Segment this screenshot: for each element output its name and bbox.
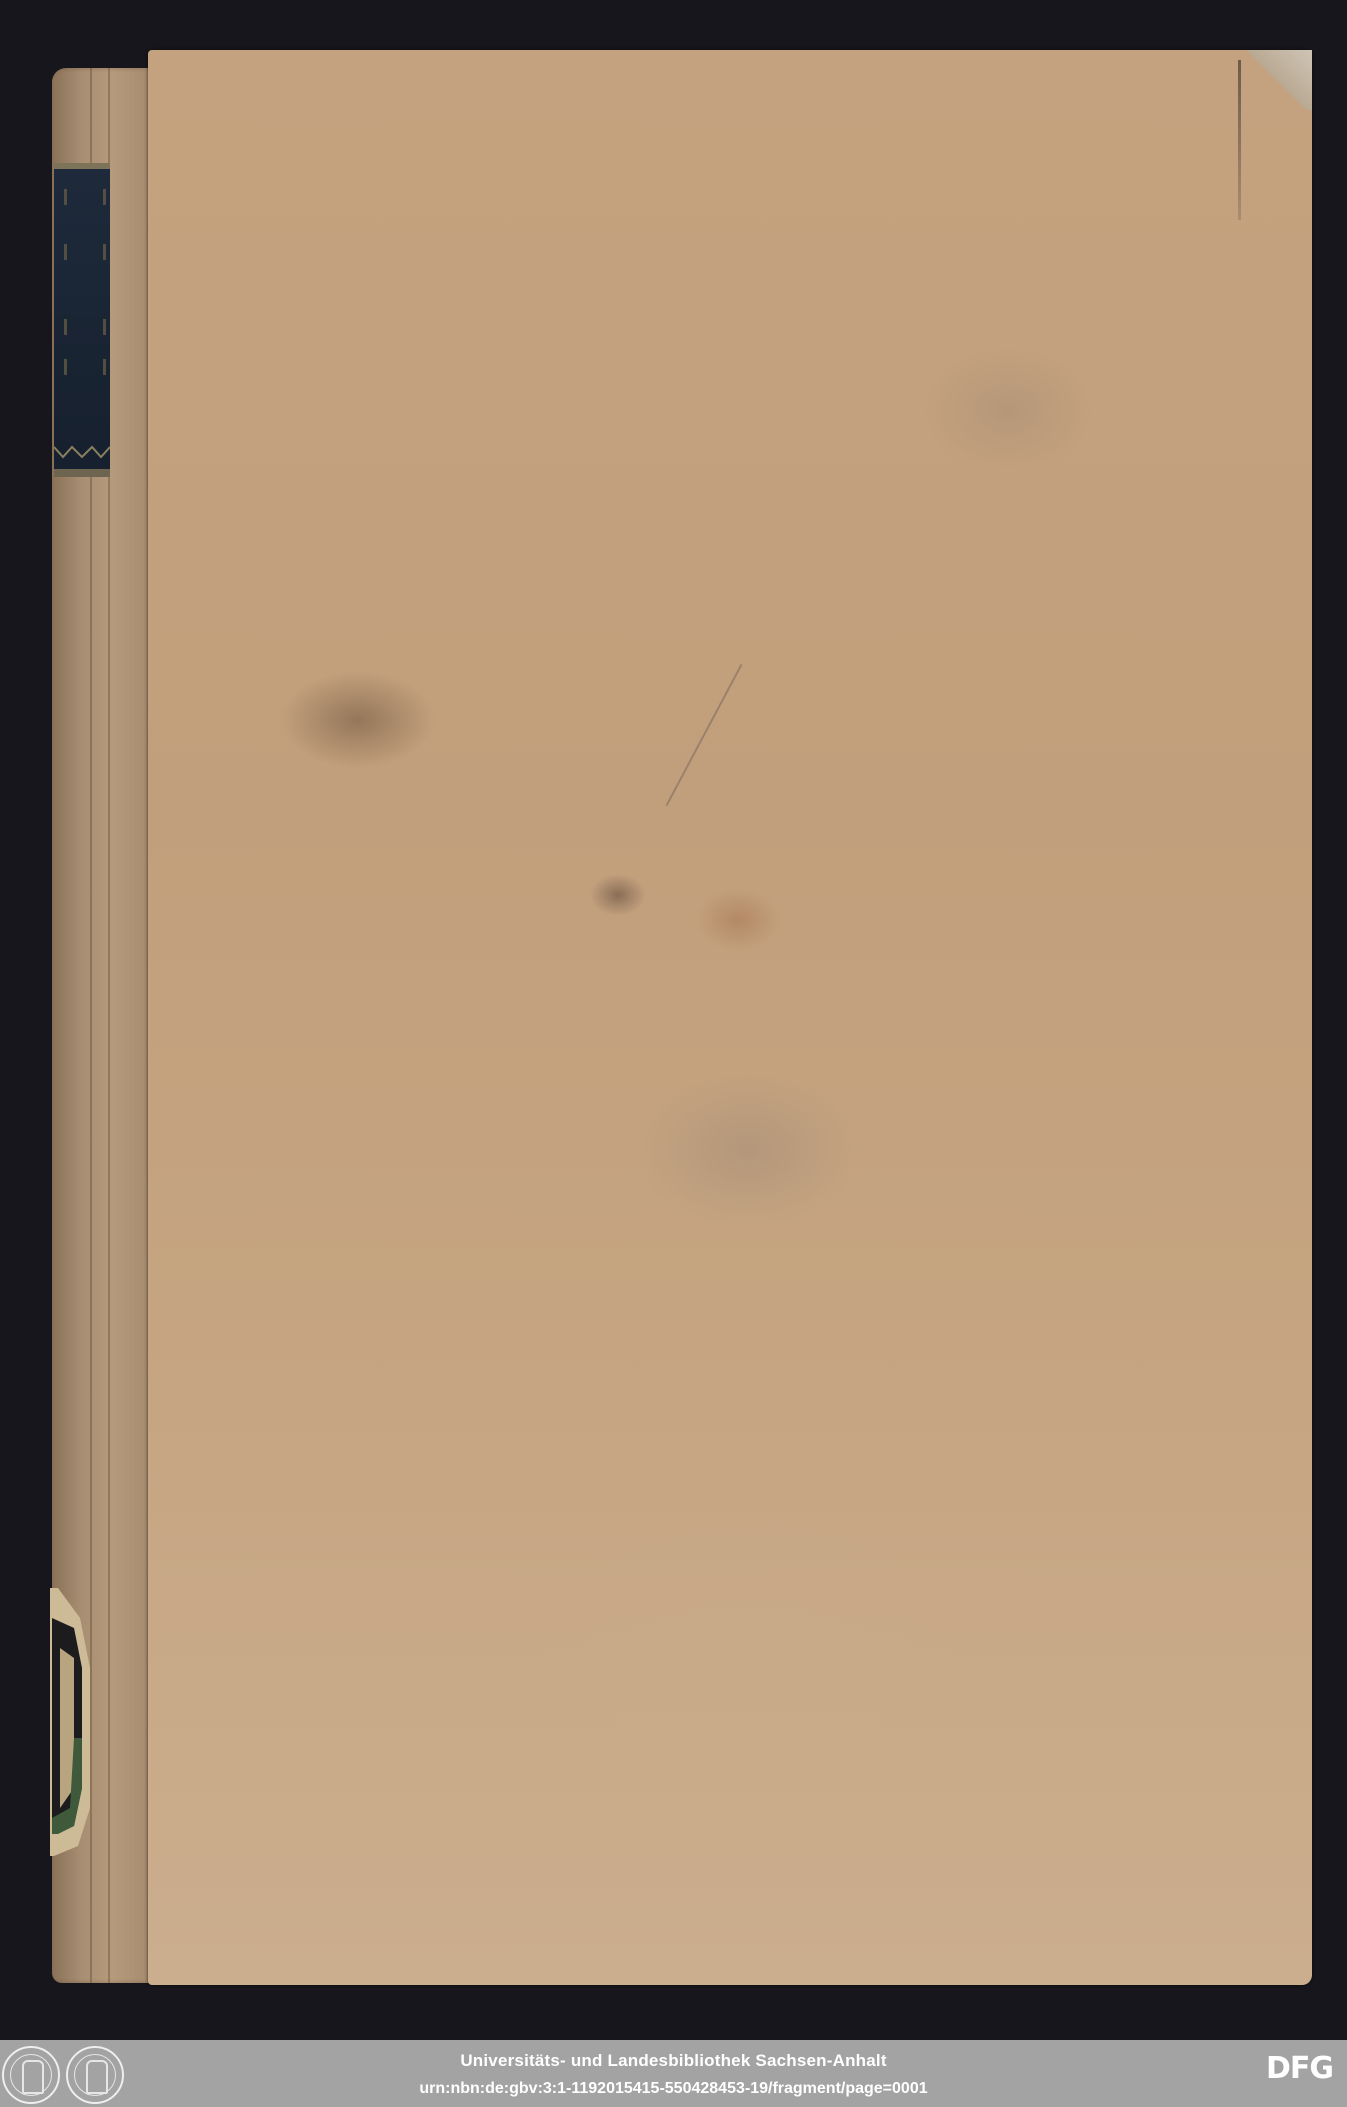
book-spine: [52, 68, 152, 1983]
book: [52, 50, 1312, 1985]
spine-lettering: [64, 359, 106, 375]
shelf-mark-label: [50, 1588, 92, 1858]
viewer-footer: Universitäts- und Landesbibliothek Sachs…: [0, 2040, 1347, 2107]
pencil-mark: [1238, 60, 1241, 220]
front-cover: [148, 50, 1312, 1985]
spine-title-label: [54, 163, 110, 477]
worn-corner: [1242, 50, 1312, 110]
spine-lettering: [64, 189, 106, 205]
spine-ornament-icon: [54, 445, 110, 459]
spine-lettering: [64, 319, 106, 335]
scan-background: [0, 0, 1347, 2040]
dfg-logo-icon: DFG: [1266, 2054, 1333, 2084]
document-urn[interactable]: urn:nbn:de:gbv:3:1-1192015415-550428453-…: [0, 2080, 1347, 2098]
spine-lettering: [64, 244, 106, 260]
cover-scratch: [666, 664, 743, 806]
institution-name: Universitäts- und Landesbibliothek Sachs…: [0, 2051, 1347, 2071]
